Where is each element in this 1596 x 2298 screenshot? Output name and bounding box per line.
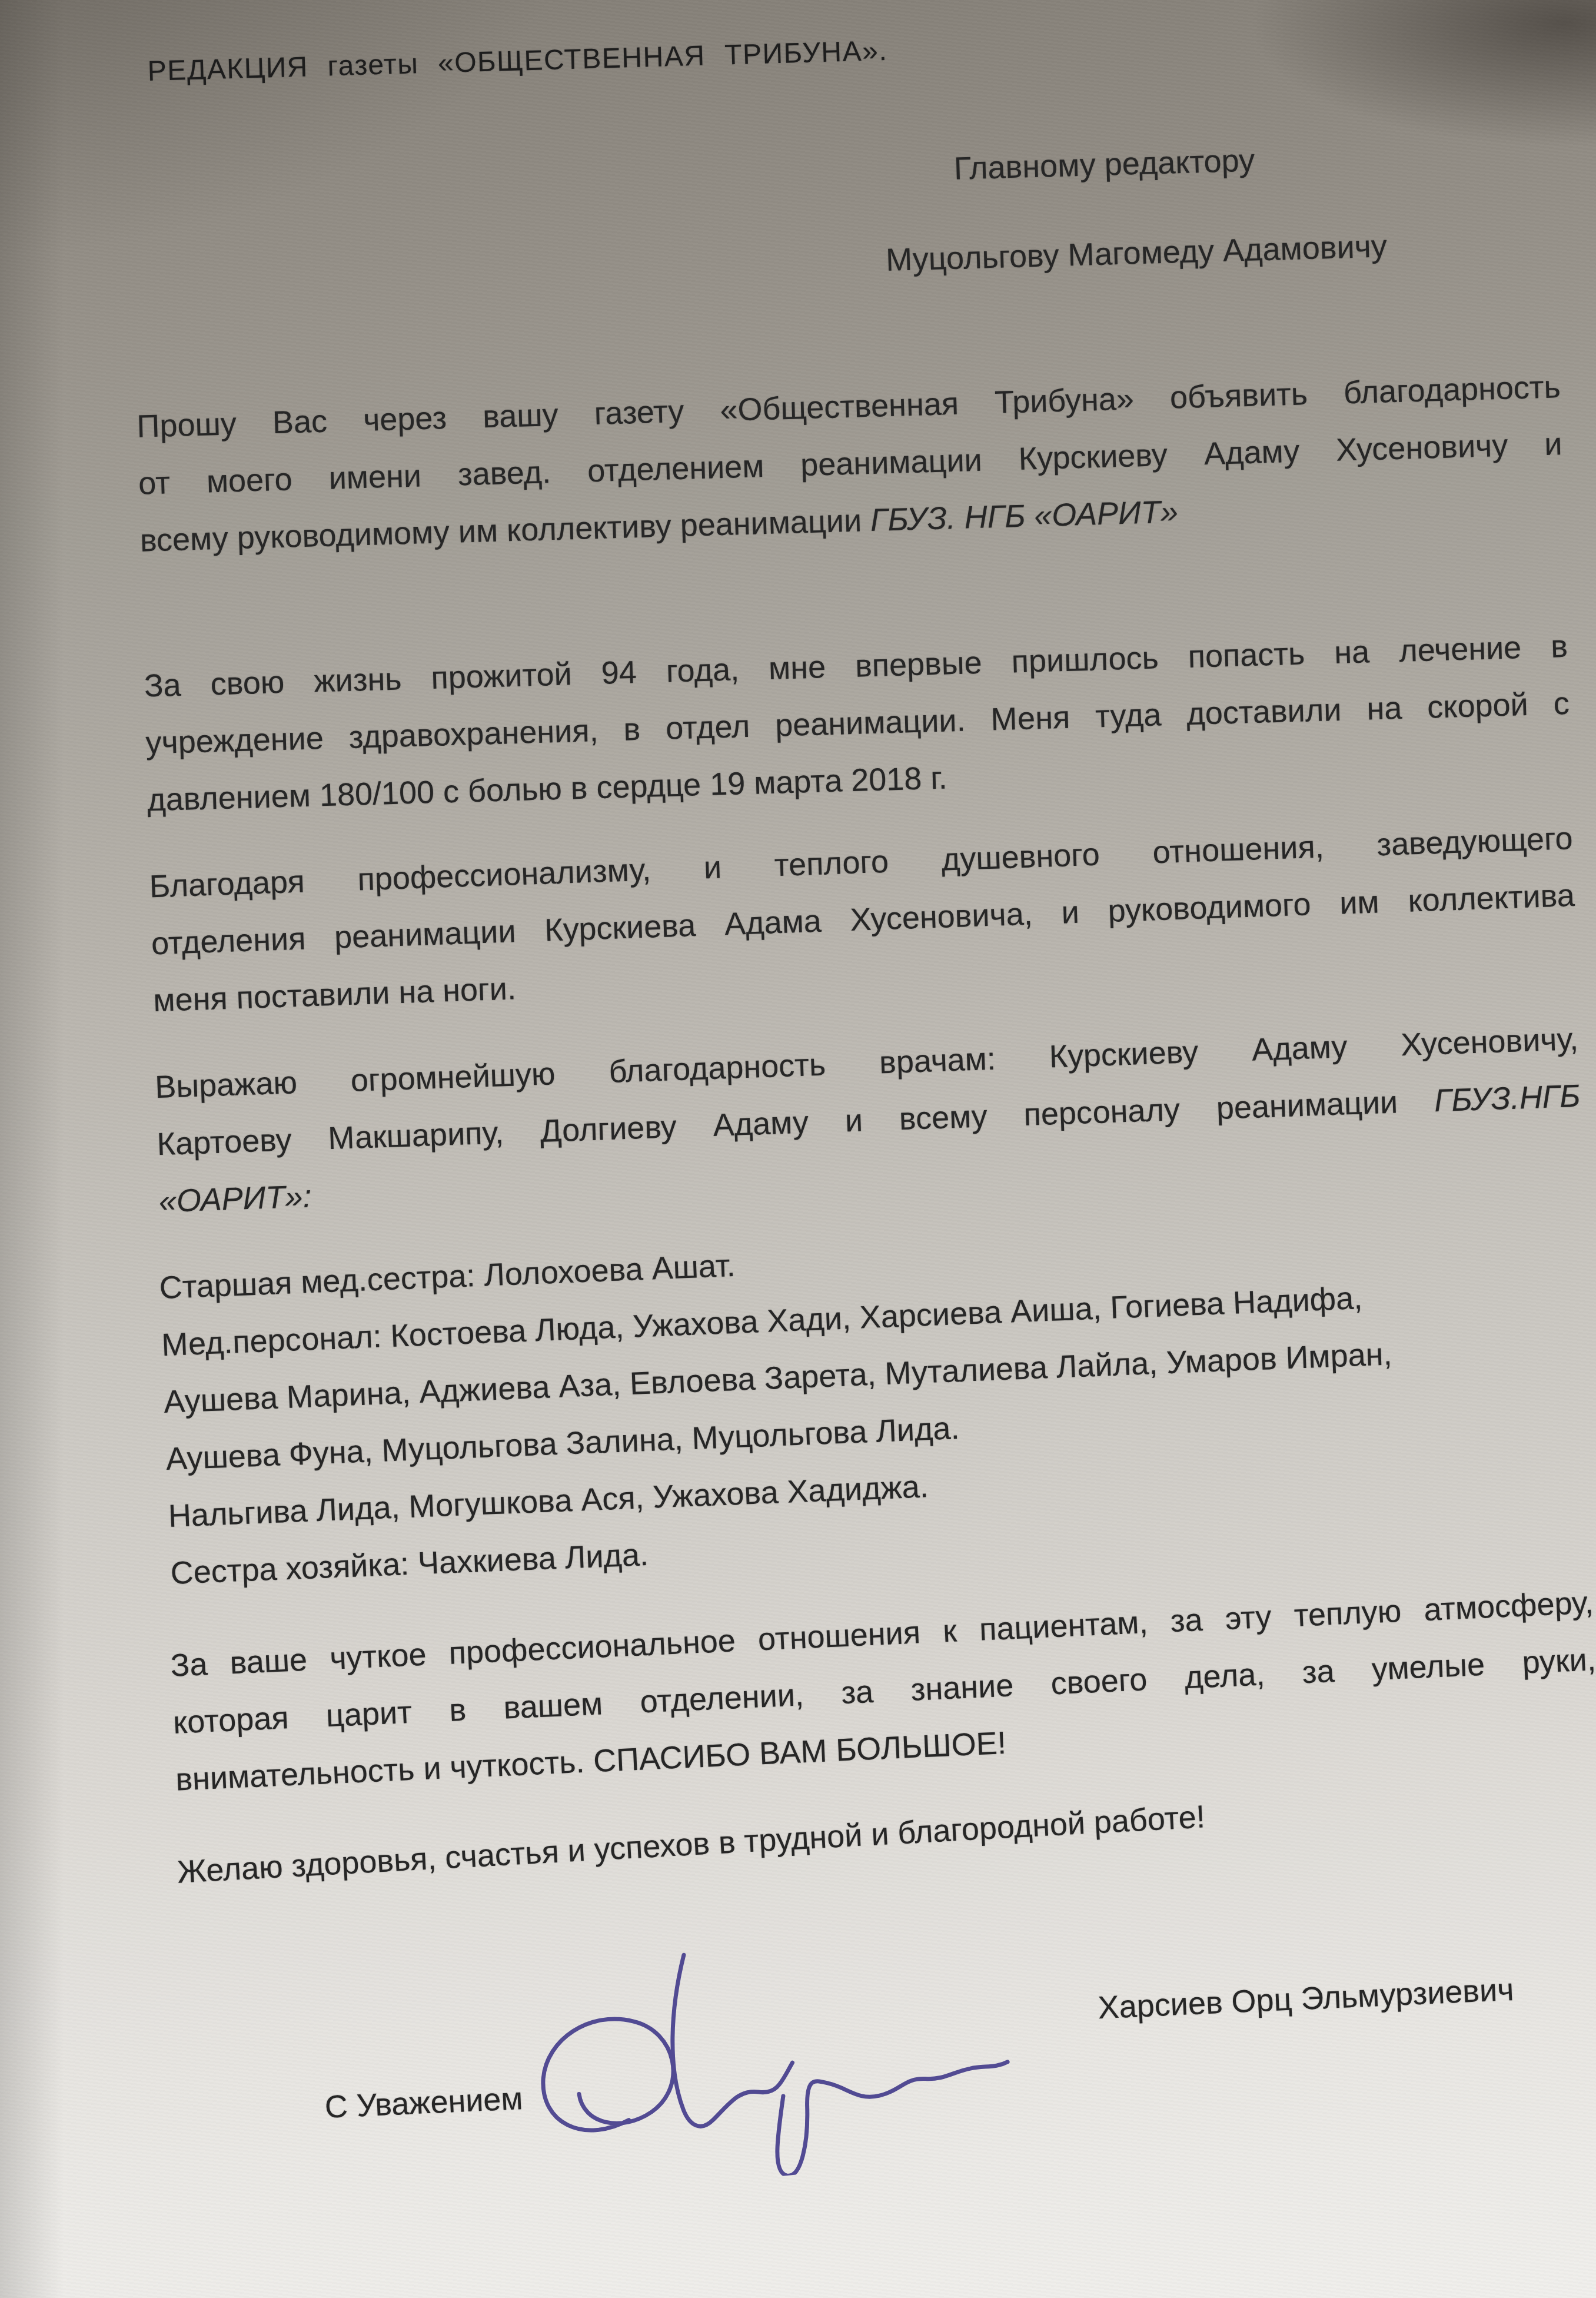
paragraph-hospitalization: За свою жизнь прожитой 94 года, мне впер… xyxy=(144,618,1572,829)
staff-list: Старшая мед.сестра: Лолохоева Ашат. Мед.… xyxy=(158,1204,1595,1602)
paragraph-appreciation: За ваше чуткое профессиональное отношени… xyxy=(169,1574,1596,1808)
recipient-name: Муцольгову Магомеду Адамовичу xyxy=(885,213,1557,289)
paragraph-gratitude-doctors: Выражаю огромнейшую благодарность врачам… xyxy=(154,1011,1584,1230)
photographed-letter-background: РЕДАКЦИЯ газеты «ОБЩЕСТВЕННАЯ ТРИБУНА». … xyxy=(0,0,1596,2298)
recipient-title: Главному редактору xyxy=(953,124,1555,197)
letter-line-text: всему руководимому им коллективу реанима… xyxy=(139,503,871,559)
signer-name: Харсиев Орц Эльмурзиевич xyxy=(1097,1971,1514,2026)
paragraph-recovery: Благодаря профессионализму, и теплого ду… xyxy=(148,810,1578,1030)
paragraph-request: Прошу Вас через вашу газету «Общественна… xyxy=(136,358,1564,569)
organization-name-italic: ГБУЗ. НГБ «ОАРИТ» xyxy=(870,494,1178,538)
organization-name-italic: ГБУЗ.НГБ xyxy=(1434,1078,1581,1118)
signature-block: С Уважением Харсиев Орц Эльмурзиевич xyxy=(178,1926,1596,2266)
newspaper-editorial-header: РЕДАКЦИЯ газеты «ОБЩЕСТВЕННАЯ ТРИБУНА». xyxy=(147,16,1551,88)
handwritten-signature xyxy=(500,1899,1098,2201)
closing-salutation: С Уважением xyxy=(324,2080,524,2126)
organization-name-italic: «ОАРИТ»: xyxy=(158,1178,312,1219)
letter-document: РЕДАКЦИЯ газеты «ОБЩЕСТВЕННАЯ ТРИБУНА». … xyxy=(127,16,1596,2266)
